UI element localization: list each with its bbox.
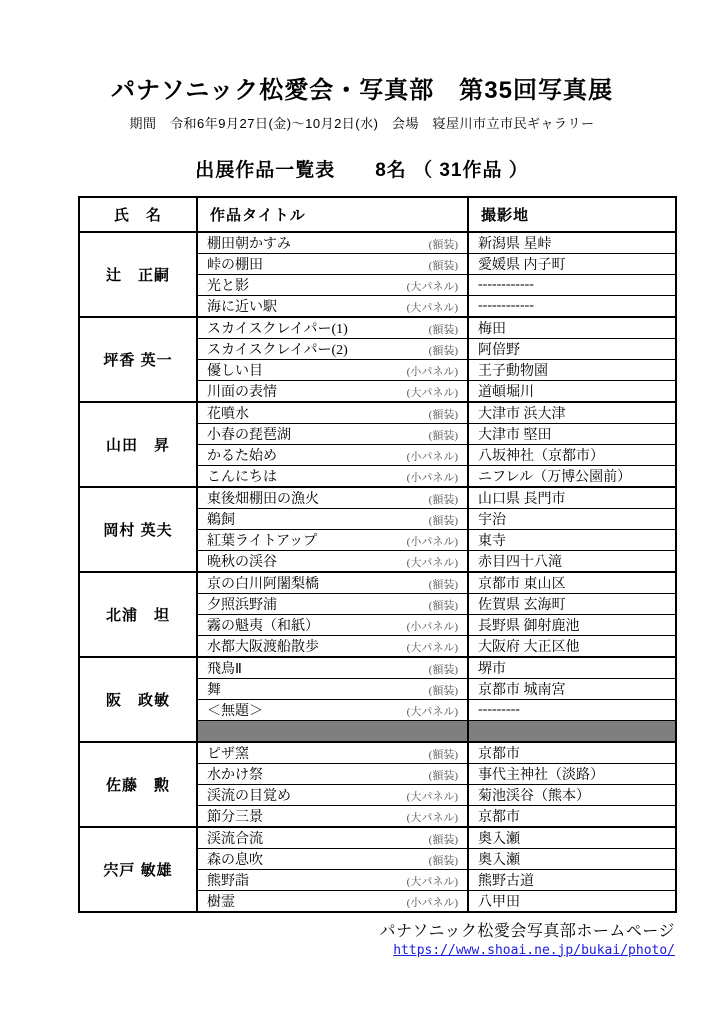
works-table-body: 辻 正嗣棚田朝かすみ(額装)新潟県 星峠峠の棚田(額装)愛媛県 内子町光と影(大… bbox=[79, 232, 676, 912]
work-title-cell: 渓流合流(額装) bbox=[197, 827, 468, 849]
work-location: 奥入瀬 bbox=[468, 848, 676, 869]
work-location: ------------ bbox=[468, 275, 676, 296]
work-format-annotation: (大パネル) bbox=[401, 554, 458, 570]
exhibitor-name: 辻 正嗣 bbox=[79, 232, 197, 317]
work-title-cell: 鵜飼(額装) bbox=[197, 509, 468, 530]
work-location: 京都市 東山区 bbox=[468, 572, 676, 594]
work-row: 宍戸 敏雄渓流合流(額装)奥入瀬 bbox=[79, 827, 676, 849]
work-location: 東寺 bbox=[468, 530, 676, 551]
work-title-cell: 水都大阪渡船散歩(大パネル) bbox=[197, 636, 468, 658]
work-title-cell: 節分三景(大パネル) bbox=[197, 805, 468, 827]
work-location: 山口県 長門市 bbox=[468, 487, 676, 509]
work-format-annotation: (小パネル) bbox=[401, 894, 458, 910]
work-format-annotation: (小パネル) bbox=[401, 533, 458, 549]
work-title-cell: 峠の棚田(額装) bbox=[197, 254, 468, 275]
table-header-row: 氏 名 作品タイトル 撮影地 bbox=[79, 197, 676, 232]
work-format-annotation: (額装) bbox=[423, 661, 458, 677]
work-format-annotation: (大パネル) bbox=[401, 703, 458, 719]
work-title: スカイスクレイパー(2) bbox=[207, 339, 348, 359]
work-format-annotation: (額装) bbox=[423, 257, 458, 273]
work-title-cell: ＜無題＞(大パネル) bbox=[197, 700, 468, 721]
work-format-annotation: (額装) bbox=[423, 236, 458, 252]
work-title-cell: 水かけ祭(額装) bbox=[197, 763, 468, 784]
work-title: ピザ窯 bbox=[207, 743, 249, 763]
work-title: 川面の表情 bbox=[207, 381, 277, 401]
work-title: 光と影 bbox=[207, 275, 249, 295]
work-title-cell: 森の息吹(額装) bbox=[197, 848, 468, 869]
col-header-location: 撮影地 bbox=[468, 197, 676, 232]
work-location: 大阪府 大正区他 bbox=[468, 636, 676, 658]
work-location: 新潟県 星峠 bbox=[468, 232, 676, 254]
work-row: 辻 正嗣棚田朝かすみ(額装)新潟県 星峠 bbox=[79, 232, 676, 254]
work-format-annotation: (額装) bbox=[423, 512, 458, 528]
work-title-cell: 海に近い駅(大パネル) bbox=[197, 296, 468, 318]
work-format-annotation: (額装) bbox=[423, 576, 458, 592]
work-title: 舞 bbox=[207, 679, 221, 699]
work-title: 樹霊 bbox=[207, 891, 235, 911]
work-location: 愛媛県 内子町 bbox=[468, 254, 676, 275]
work-title-cell: スカイスクレイパー(2)(額装) bbox=[197, 339, 468, 360]
work-title: 渓流の目覚め bbox=[207, 785, 291, 805]
work-title-cell: 晩秋の渓谷(大パネル) bbox=[197, 551, 468, 573]
work-title: 優しい目 bbox=[207, 360, 263, 380]
exhibitor-name: 山田 昇 bbox=[79, 402, 197, 487]
work-format-annotation: (額装) bbox=[423, 491, 458, 507]
work-location: 宇治 bbox=[468, 509, 676, 530]
work-row: 阪 政敏飛鳥Ⅱ(額装)堺市 bbox=[79, 657, 676, 679]
exhibitor-name: 北浦 坦 bbox=[79, 572, 197, 657]
work-format-annotation: (額装) bbox=[423, 406, 458, 422]
work-title: 水かけ祭 bbox=[207, 764, 263, 784]
work-title-cell: 京の白川阿闍梨橋(額装) bbox=[197, 572, 468, 594]
work-title-cell: こんにちは(小パネル) bbox=[197, 466, 468, 488]
work-location: 奥入瀬 bbox=[468, 827, 676, 849]
work-title: かるた始め bbox=[207, 445, 277, 465]
col-header-name: 氏 名 bbox=[79, 197, 197, 232]
work-title-cell: 優しい目(小パネル) bbox=[197, 360, 468, 381]
work-format-annotation: (大パネル) bbox=[401, 639, 458, 655]
works-table: 氏 名 作品タイトル 撮影地 辻 正嗣棚田朝かすみ(額装)新潟県 星峠峠の棚田(… bbox=[78, 196, 677, 913]
work-format-annotation: (小パネル) bbox=[401, 618, 458, 634]
work-location: --------- bbox=[468, 700, 676, 721]
work-title: 夕照浜野浦 bbox=[207, 594, 277, 614]
work-title: 飛鳥Ⅱ bbox=[207, 658, 242, 678]
work-format-annotation: (額装) bbox=[423, 831, 458, 847]
work-title: 水都大阪渡船散歩 bbox=[207, 636, 319, 656]
exhibitor-name: 宍戸 敏雄 bbox=[79, 827, 197, 912]
work-format-annotation: (額装) bbox=[423, 597, 458, 613]
work-location: 大津市 堅田 bbox=[468, 424, 676, 445]
footer: パナソニック松愛会写真部ホームページ https://www.shoai.ne.… bbox=[0, 918, 675, 959]
work-format-annotation: (額装) bbox=[423, 342, 458, 358]
work-title-cell: 夕照浜野浦(額装) bbox=[197, 594, 468, 615]
work-title-cell: 舞(額装) bbox=[197, 679, 468, 700]
work-location: 長野県 御射鹿池 bbox=[468, 615, 676, 636]
work-title-cell bbox=[197, 721, 468, 742]
work-format-annotation: (小パネル) bbox=[401, 469, 458, 485]
work-location: 阿倍野 bbox=[468, 339, 676, 360]
work-title: 晩秋の渓谷 bbox=[207, 551, 277, 571]
work-location: 赤目四十八滝 bbox=[468, 551, 676, 573]
work-location: 熊野古道 bbox=[468, 869, 676, 890]
work-title-cell: 東後畑棚田の漁火(額装) bbox=[197, 487, 468, 509]
work-format-annotation: (大パネル) bbox=[401, 384, 458, 400]
work-format-annotation: (大パネル) bbox=[401, 788, 458, 804]
work-format-annotation: (大パネル) bbox=[401, 278, 458, 294]
work-title: 渓流合流 bbox=[207, 828, 263, 848]
work-format-annotation: (額装) bbox=[423, 682, 458, 698]
work-location: 佐賀県 玄海町 bbox=[468, 594, 676, 615]
work-location: ニフレル（万博公園前） bbox=[468, 466, 676, 488]
work-title: 鵜飼 bbox=[207, 509, 235, 529]
work-format-annotation: (大パネル) bbox=[401, 809, 458, 825]
work-title-cell: 小春の琵琶湖(額装) bbox=[197, 424, 468, 445]
work-title: 棚田朝かすみ bbox=[207, 233, 291, 253]
work-location: 京都市 城南宮 bbox=[468, 679, 676, 700]
work-title: 東後畑棚田の漁火 bbox=[207, 488, 319, 508]
work-title-cell: 熊野詣(大パネル) bbox=[197, 869, 468, 890]
work-title: 海に近い駅 bbox=[207, 296, 277, 316]
work-title-cell: スカイスクレイパー(1)(額装) bbox=[197, 317, 468, 339]
work-location: 菊池渓谷（熊本） bbox=[468, 784, 676, 805]
col-header-title: 作品タイトル bbox=[197, 197, 468, 232]
work-format-annotation: (額装) bbox=[423, 427, 458, 443]
work-location: 梅田 bbox=[468, 317, 676, 339]
homepage-link[interactable]: https://www.shoai.ne.jp/bukai/photo/ bbox=[393, 943, 675, 958]
homepage-label: パナソニック松愛会写真部ホームページ bbox=[0, 918, 675, 941]
work-title: こんにちは bbox=[207, 466, 277, 486]
work-format-annotation: (小パネル) bbox=[401, 363, 458, 379]
work-location: ------------ bbox=[468, 296, 676, 318]
work-row: 佐藤 勲ピザ窯(額装)京都市 bbox=[79, 742, 676, 764]
work-row: 北浦 坦京の白川阿闍梨橋(額装)京都市 東山区 bbox=[79, 572, 676, 594]
work-format-annotation: (額装) bbox=[423, 767, 458, 783]
work-location: 八坂神社（京都市） bbox=[468, 445, 676, 466]
work-title-cell: 渓流の目覚め(大パネル) bbox=[197, 784, 468, 805]
work-title-cell: 棚田朝かすみ(額装) bbox=[197, 232, 468, 254]
work-location: 八甲田 bbox=[468, 890, 676, 912]
exhibitor-name: 佐藤 勲 bbox=[79, 742, 197, 827]
work-title: 京の白川阿闍梨橋 bbox=[207, 573, 319, 593]
page-title: パナソニック松愛会・写真部 第35回写真展 bbox=[0, 70, 724, 105]
exhibitor-name: 坪香 英一 bbox=[79, 317, 197, 402]
work-format-annotation: (小パネル) bbox=[401, 448, 458, 464]
work-title: 節分三景 bbox=[207, 806, 263, 826]
work-title: 熊野詣 bbox=[207, 870, 249, 890]
work-title-cell: 川面の表情(大パネル) bbox=[197, 381, 468, 403]
exhibitor-name: 阪 政敏 bbox=[79, 657, 197, 742]
work-location: 大津市 浜大津 bbox=[468, 402, 676, 424]
work-title: 紅葉ライトアップ bbox=[207, 530, 317, 550]
work-location: 京都市 bbox=[468, 805, 676, 827]
work-location: 京都市 bbox=[468, 742, 676, 764]
work-title-cell: ピザ窯(額装) bbox=[197, 742, 468, 764]
work-location: 道頓堀川 bbox=[468, 381, 676, 403]
page: パナソニック松愛会・写真部 第35回写真展 期間 令和6年9月27日(金)～10… bbox=[0, 70, 724, 959]
work-title-cell: 紅葉ライトアップ(小パネル) bbox=[197, 530, 468, 551]
exhibitor-name: 岡村 英夫 bbox=[79, 487, 197, 572]
work-row: 岡村 英夫東後畑棚田の漁火(額装)山口県 長門市 bbox=[79, 487, 676, 509]
work-title-cell: 光と影(大パネル) bbox=[197, 275, 468, 296]
work-location bbox=[468, 721, 676, 742]
work-format-annotation: (額装) bbox=[423, 321, 458, 337]
work-location: 堺市 bbox=[468, 657, 676, 679]
work-title: スカイスクレイパー(1) bbox=[207, 318, 348, 338]
work-title: 花噴水 bbox=[207, 403, 249, 423]
work-title: 小春の琵琶湖 bbox=[207, 424, 291, 444]
work-format-annotation: (大パネル) bbox=[401, 299, 458, 315]
work-title-cell: 樹霊(小パネル) bbox=[197, 890, 468, 912]
work-row: 山田 昇花噴水(額装)大津市 浜大津 bbox=[79, 402, 676, 424]
work-title-cell: 霧の魁夷（和紙）(小パネル) bbox=[197, 615, 468, 636]
work-title-cell: かるた始め(小パネル) bbox=[197, 445, 468, 466]
work-format-annotation: (大パネル) bbox=[401, 873, 458, 889]
period-venue-line: 期間 令和6年9月27日(金)～10月2日(水) 会場 寝屋川市立市民ギャラリー bbox=[0, 113, 724, 132]
work-format-annotation: (額装) bbox=[423, 852, 458, 868]
list-heading: 出展作品一覧表 8名 （ 31作品 ） bbox=[0, 155, 724, 182]
work-title-cell: 飛鳥Ⅱ(額装) bbox=[197, 657, 468, 679]
work-title: 森の息吹 bbox=[207, 849, 263, 869]
work-title: 霧の魁夷（和紙） bbox=[207, 615, 319, 635]
work-location: 王子動物園 bbox=[468, 360, 676, 381]
work-title-cell: 花噴水(額装) bbox=[197, 402, 468, 424]
work-location: 事代主神社（淡路） bbox=[468, 763, 676, 784]
work-title: 峠の棚田 bbox=[207, 254, 263, 274]
work-format-annotation: (額装) bbox=[423, 746, 458, 762]
work-row: 坪香 英一スカイスクレイパー(1)(額装)梅田 bbox=[79, 317, 676, 339]
work-title: ＜無題＞ bbox=[207, 700, 263, 720]
